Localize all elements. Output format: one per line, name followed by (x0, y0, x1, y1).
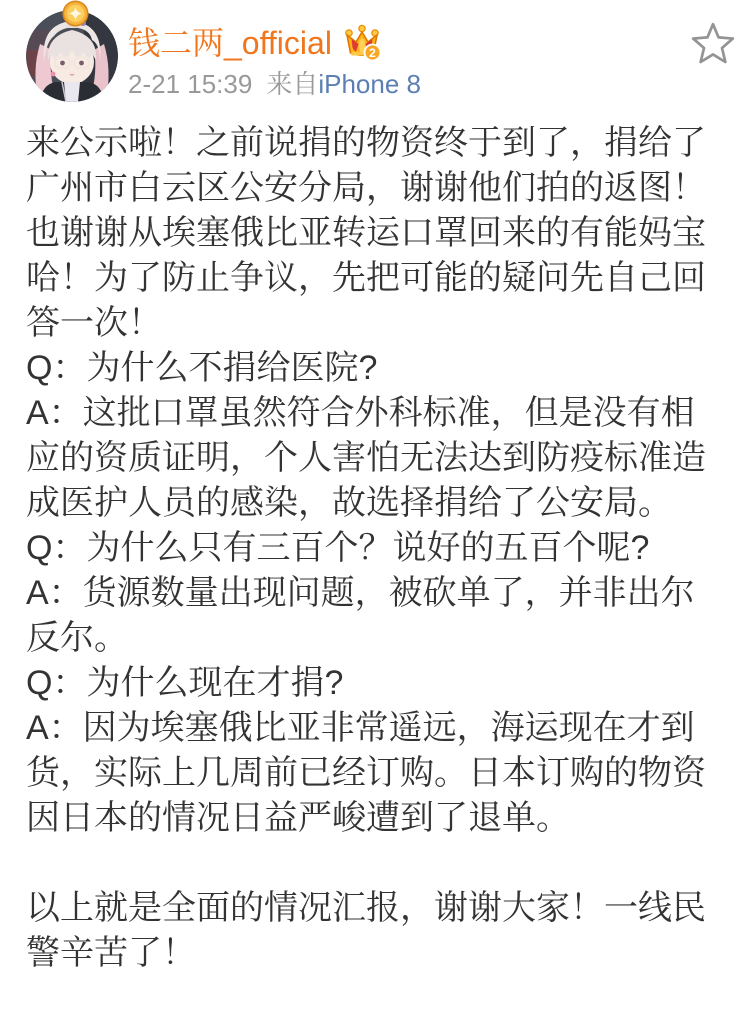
vip-crown-icon[interactable]: 2 (341, 24, 383, 62)
avatar[interactable] (26, 10, 118, 102)
post-text: 来公示啦！之前说捐的物资终于到了，捐给了 广州市白云区公安分局，谢谢他们拍的返图… (0, 121, 750, 976)
header-name-row: 钱二两_official 2 (128, 22, 383, 64)
username[interactable]: 钱二两_official (128, 22, 332, 64)
timestamp: 2-21 15:39 (128, 69, 252, 99)
vip-level-number: 2 (369, 46, 376, 60)
gold-coin-icon (62, 0, 89, 27)
source-prefix: 来自 (266, 69, 318, 99)
favorite-button[interactable] (690, 22, 736, 66)
star-outline-icon (690, 22, 736, 66)
post-meta: 2-21 15:39来自iPhone 8 (128, 68, 421, 100)
weibo-post: 钱二两_official 2 2-21 15:39来自iPhone 8 来公示啦… (0, 0, 750, 1010)
source-device-link[interactable]: iPhone 8 (318, 69, 421, 99)
